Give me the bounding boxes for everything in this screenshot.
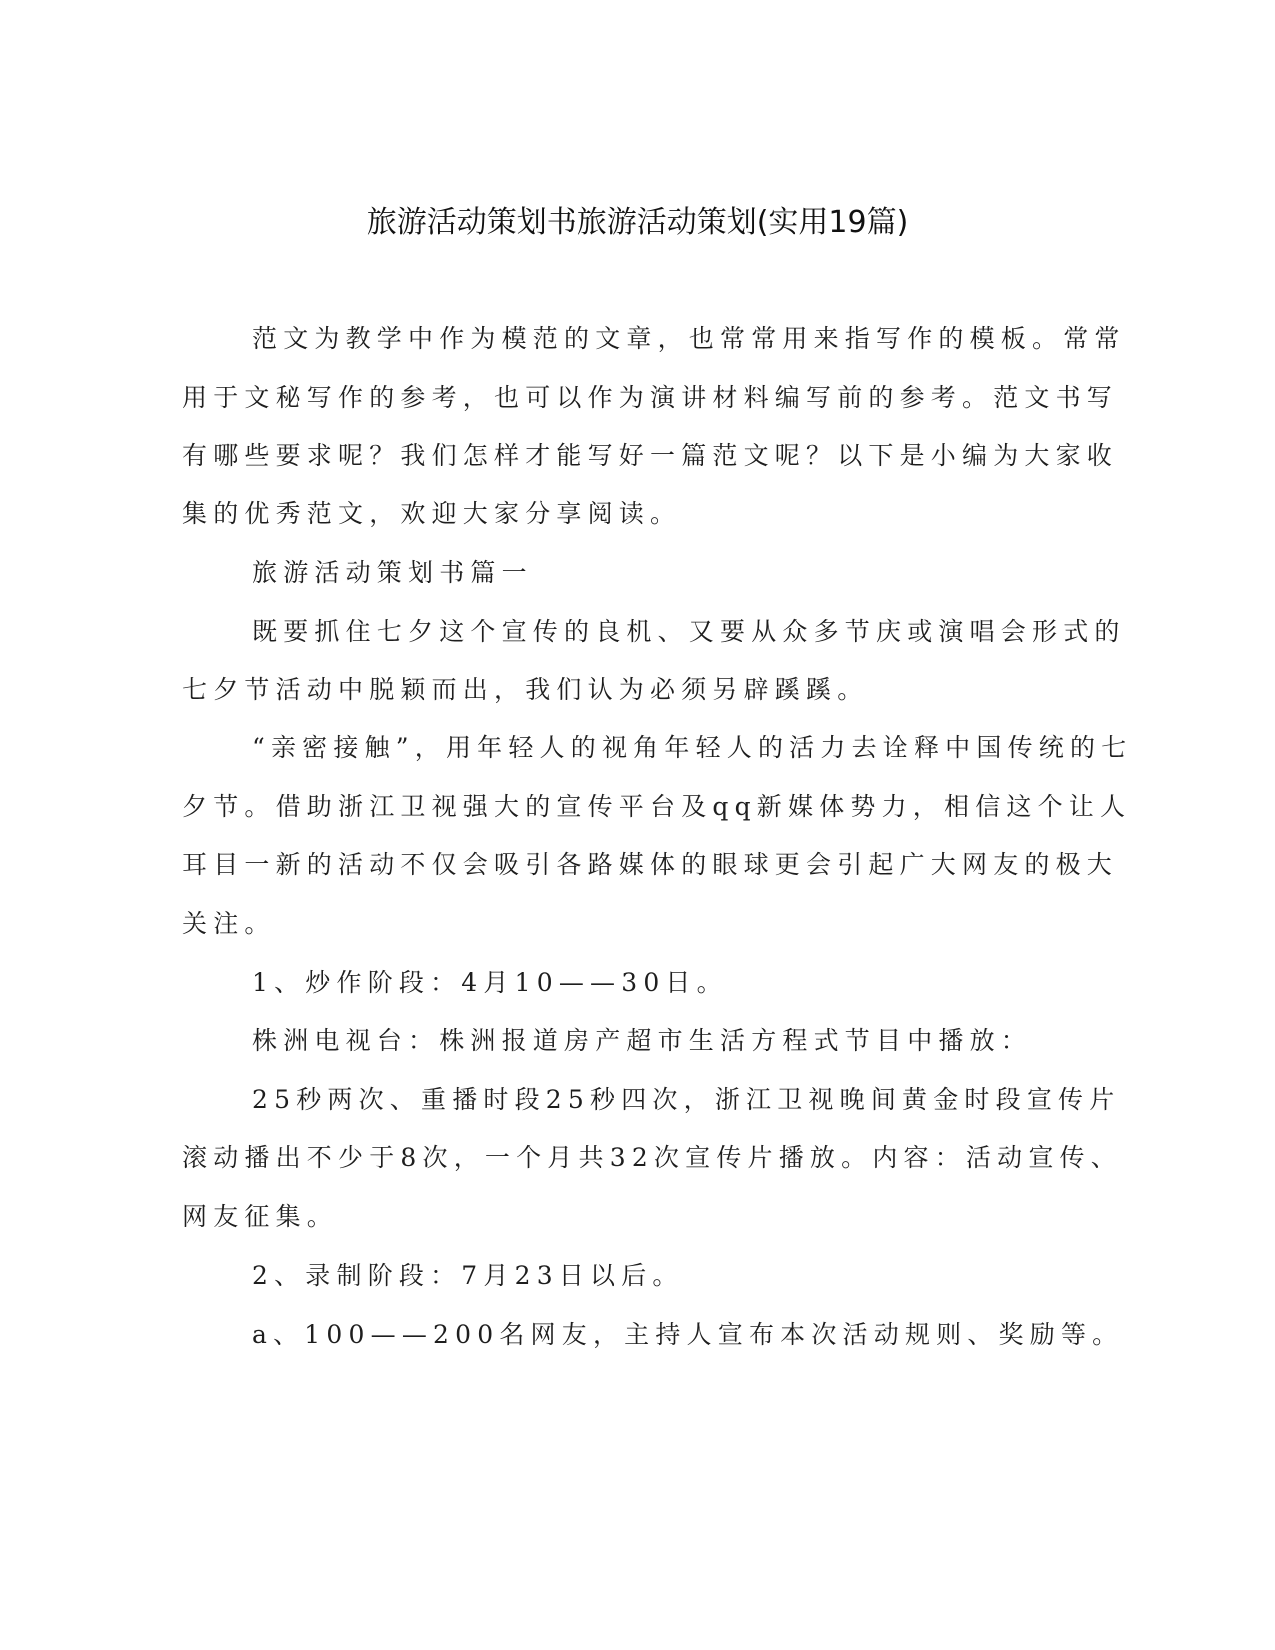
paragraph-line: 有哪些要求呢？我们怎样才能写好一篇范文呢？以下是小编为大家收 [182,439,1118,473]
paragraph-line: 既要抓住七夕这个宣传的良机、又要从众多节庆或演唱会形式的 [252,615,1126,649]
paragraph-line: 七夕节活动中脱颖而出，我们认为必须另辟蹊蹊。 [182,673,868,707]
paragraph-line: 耳目一新的活动不仅会吸引各路媒体的眼球更会引起广大网友的极大 [182,848,1118,882]
document-page: 旅游活动策划书旅游活动策划(实用19篇) 范文为教学中作为模范的文章，也常常用来… [0,0,1275,1650]
paragraph-line: 1、炒作阶段：4月10——30日。 [252,966,728,1000]
paragraph-line: 夕节。借助浙江卫视强大的宣传平台及qq新媒体势力，相信这个让人 [182,790,1131,824]
paragraph-line: 2、录制阶段：7月23日以后。 [252,1259,684,1293]
document-title: 旅游活动策划书旅游活动策划(实用19篇) [0,203,1275,243]
paragraph-line: 株洲电视台：株洲报道房产超市生活方程式节目中播放： [252,1024,1032,1058]
paragraph-line: 集的优秀范文，欢迎大家分享阅读。 [182,497,681,531]
paragraph-line: 旅游活动策划书篇一 [252,556,533,590]
paragraph-line: 用于文秘写作的参考，也可以作为演讲材料编写前的参考。范文书写 [182,381,1118,415]
paragraph-line: 网友征集。 [182,1200,338,1234]
paragraph-line: 范文为教学中作为模范的文章，也常常用来指写作的模板。常常 [252,322,1126,356]
paragraph-line: a、100——200名网友，主持人宣布本次活动规则、奖励等。 [252,1318,1123,1352]
paragraph-line: 关注。 [182,907,276,941]
paragraph-line: 25秒两次、重播时段25秒四次，浙江卫视晚间黄金时段宣传片 [252,1083,1120,1117]
paragraph-line: 滚动播出不少于8次，一个月共32次宣传片播放。内容：活动宣传、 [182,1141,1122,1175]
paragraph-line: “亲密接触”，用年轻人的视角年轻人的活力去诠释中国传统的七 [252,731,1132,765]
